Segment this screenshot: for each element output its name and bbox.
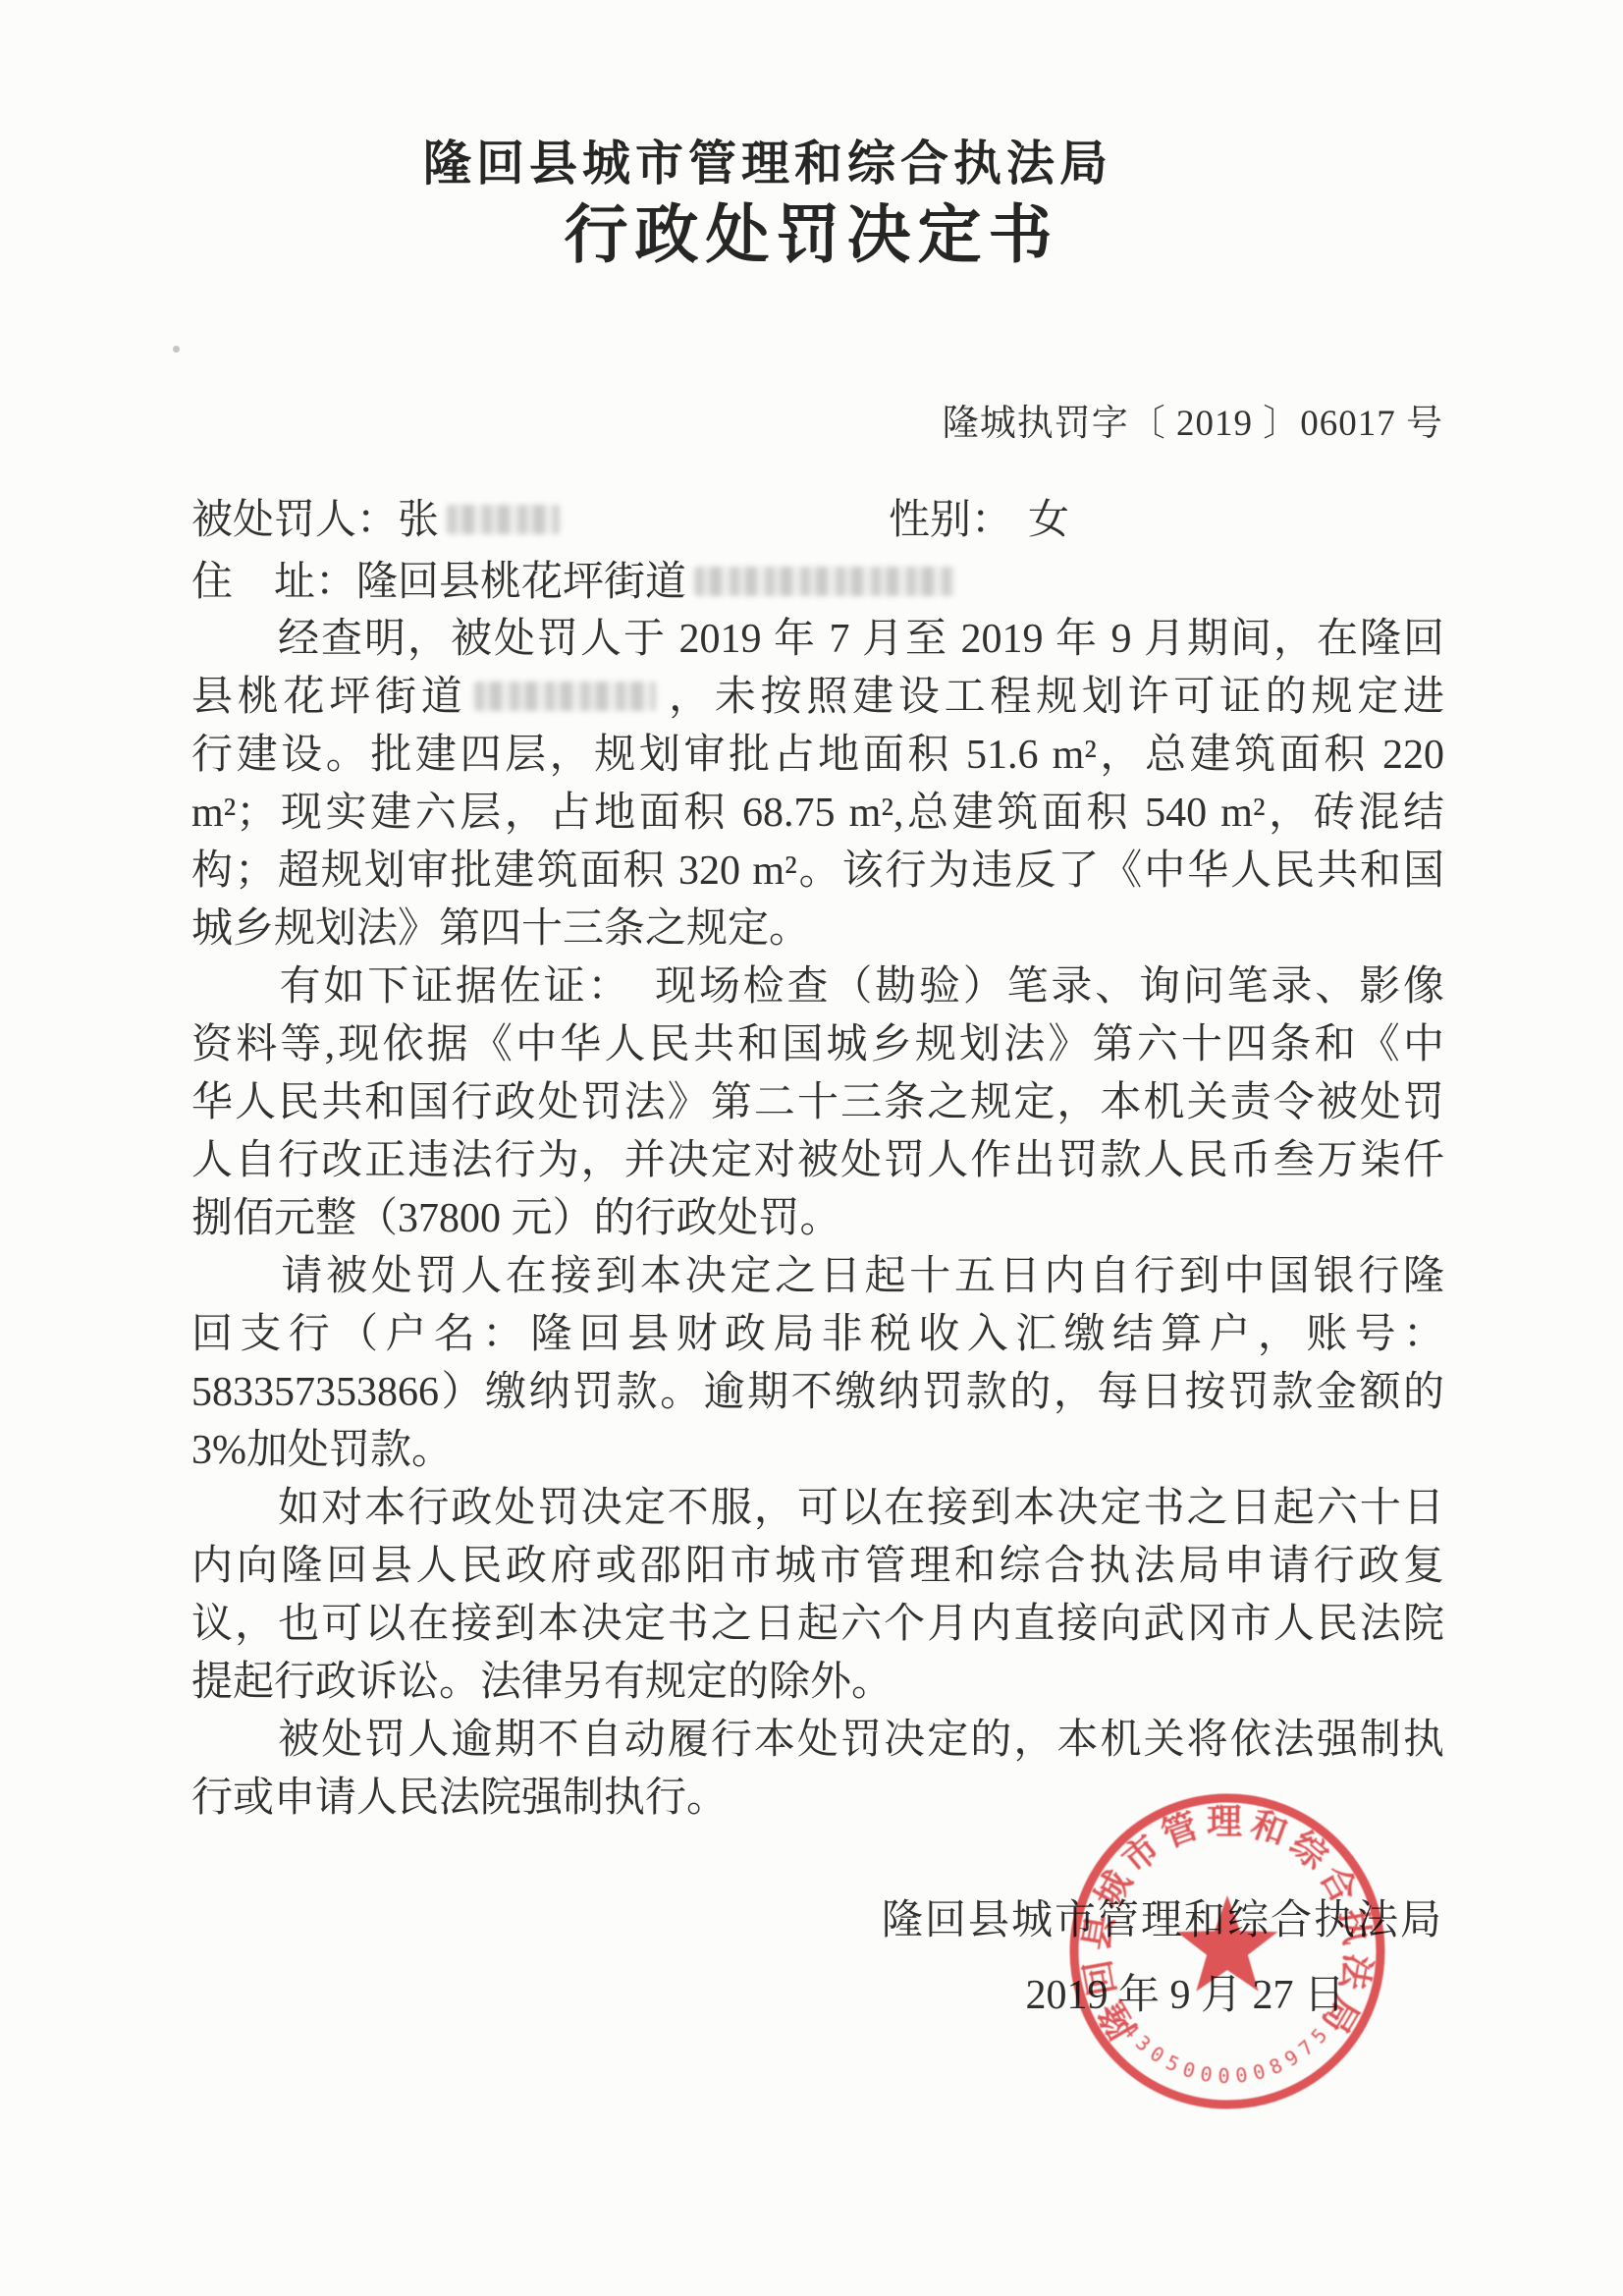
seal-star-icon — [1177, 1895, 1278, 1992]
body-line: 城乡规划法》第四十三条之规定。 — [191, 901, 1444, 958]
body-line: 构；超规划审批建筑面积 320 m²。该行为违反了《中华人民共和国 — [191, 843, 1444, 901]
body-line-text: 议，也可以在接到本决定书之日起六个月内直接向武冈市人民法院 — [191, 1602, 1444, 1647]
body-line: 如对本行政处罚决定不服，可以在接到本决定书之日起六十日 — [191, 1480, 1444, 1538]
body-line: 人自行改正违法行为，并决定对被处罚人作出罚款人民币叁万柒仟 — [191, 1132, 1444, 1190]
body-line: 提起行政诉讼。法律另有规定的除外。 — [191, 1654, 1444, 1712]
body-line-text: 行建设。批建四层，规划审批占地面积 51.6 m²，总建筑面积 220 — [191, 733, 1444, 778]
body-line-text: 构；超规划审批建筑面积 320 m²。该行为违反了《中华人民共和国 — [191, 848, 1444, 894]
party-name: 张 — [398, 498, 439, 543]
body-line: m²；现实建六层，占地面积 68.75 m²,总建筑面积 540 m²，砖混结 — [191, 785, 1444, 843]
address-value: 隆回县桃花坪街道 — [356, 560, 686, 605]
body-line-text: 行或申请人民法院强制执行。 — [191, 1776, 728, 1821]
address-label: 住 址： — [191, 560, 356, 605]
seal-serial: 4305000008975 — [1118, 2018, 1336, 2088]
body-line: 回支行（户名：隆回县财政局非税收入汇缴结算户，账号： — [191, 1306, 1444, 1364]
body-line-text: ，未按照建设工程规划许可证的规定进 — [664, 675, 1444, 720]
body-line-text: 华人民共和国行政处罚法》第二十三条之规定，本机关责令被处罚 — [191, 1080, 1444, 1125]
body-line: 华人民共和国行政处罚法》第二十三条之规定，本机关责令被处罚 — [191, 1074, 1444, 1132]
body-line: 有如下证据佐证： 现场检查（勘验）笔录、询问笔录、影像 — [191, 958, 1444, 1016]
body-line: 被处罚人逾期不自动履行本处罚决定的，本机关将依法强制执 — [191, 1712, 1444, 1770]
body-line-text: 资料等,现依据《中华人民共和国城乡规划法》第六十四条和《中 — [191, 1022, 1444, 1067]
scan-speck — [173, 346, 180, 353]
body-line: 行建设。批建四层，规划审批占地面积 51.6 m²，总建筑面积 220 — [191, 727, 1444, 785]
body-line-text: 捌佰元整（37800 元）的行政处罚。 — [191, 1196, 841, 1241]
body-line-text: 583357353866）缴纳罚款。逾期不缴纳罚款的，每日按罚款金额的 — [191, 1370, 1444, 1415]
body-line-text: 人自行改正违法行为，并决定对被处罚人作出罚款人民币叁万柒仟 — [191, 1138, 1444, 1183]
body-line-text: 经查明，被处罚人于 2019 年 7 月至 2019 年 9 月期间，在隆回 — [191, 617, 1444, 662]
body-line: 资料等,现依据《中华人民共和国城乡规划法》第六十四条和《中 — [191, 1016, 1444, 1074]
body-line: 3%加处罚款。 — [191, 1422, 1444, 1480]
party-row: 被处罚人：张 — [191, 487, 568, 546]
document-page: 隆回县城市管理和综合执法局 行政处罚决定书 隆城执罚字〔 2019 〕06017… — [0, 0, 1623, 2296]
doc-number: 隆城执罚字〔 2019 〕06017 号 — [943, 393, 1443, 446]
body-line: 县桃花坪街道，未按照建设工程规划许可证的规定进 — [191, 669, 1444, 727]
body-line-text: m²；现实建六层，占地面积 68.75 m²,总建筑面积 540 m²，砖混结 — [191, 791, 1444, 836]
body-line: 议，也可以在接到本决定书之日起六个月内直接向武冈市人民法院 — [191, 1596, 1444, 1654]
body-line-text: 如对本行政处罚决定不服，可以在接到本决定书之日起六十日 — [191, 1486, 1444, 1531]
gender-row: 性别：女 — [889, 487, 1069, 546]
body-line-text: 被处罚人逾期不自动履行本处罚决定的，本机关将依法强制执 — [191, 1718, 1444, 1763]
gender-value: 女 — [1028, 498, 1069, 543]
gender-label: 性别： — [889, 498, 1012, 543]
body-line-text: 3%加处罚款。 — [191, 1428, 453, 1473]
body-line: 内向隆回县人民政府或邵阳市城市管理和综合执法局申请行政复 — [191, 1538, 1444, 1596]
body-line-text: 内向隆回县人民政府或邵阳市城市管理和综合执法局申请行政复 — [191, 1544, 1444, 1589]
body-line: 583357353866）缴纳罚款。逾期不缴纳罚款的，每日按罚款金额的 — [191, 1364, 1444, 1422]
party-label: 被处罚人： — [191, 498, 398, 543]
body-line-text: 有如下证据佐证： 现场检查（勘验）笔录、询问笔录、影像 — [191, 964, 1444, 1010]
body-line-text: 城乡规划法》第四十三条之规定。 — [191, 906, 810, 952]
redacted-address — [694, 567, 954, 596]
body-line: 经查明，被处罚人于 2019 年 7 月至 2019 年 9 月期间，在隆回 — [191, 611, 1444, 669]
body-line-text: 请被处罚人在接到本决定之日起十五日内自行到中国银行隆 — [191, 1254, 1444, 1299]
redacted-text — [474, 682, 656, 711]
body-line: 请被处罚人在接到本决定之日起十五日内自行到中国银行隆 — [191, 1248, 1444, 1306]
address-row: 住 址：隆回县桃花坪街道 — [191, 549, 962, 608]
official-seal: 隆回县城市管理和综合执法局 4305000008975 — [1055, 1779, 1399, 2123]
body-line: 捌佰元整（37800 元）的行政处罚。 — [191, 1190, 1444, 1248]
body-line-text: 提起行政诉讼。法律另有规定的除外。 — [191, 1660, 893, 1705]
document-body: 经查明，被处罚人于 2019 年 7 月至 2019 年 9 月期间，在隆回县桃… — [191, 611, 1444, 1828]
body-line-text: 县桃花坪街道 — [191, 675, 466, 720]
body-line-text: 回支行（户名：隆回县财政局非税收入汇缴结算户，账号： — [191, 1312, 1444, 1357]
doc-type-title: 行政处罚决定书 — [0, 183, 1623, 275]
redacted-party-name — [447, 505, 560, 534]
